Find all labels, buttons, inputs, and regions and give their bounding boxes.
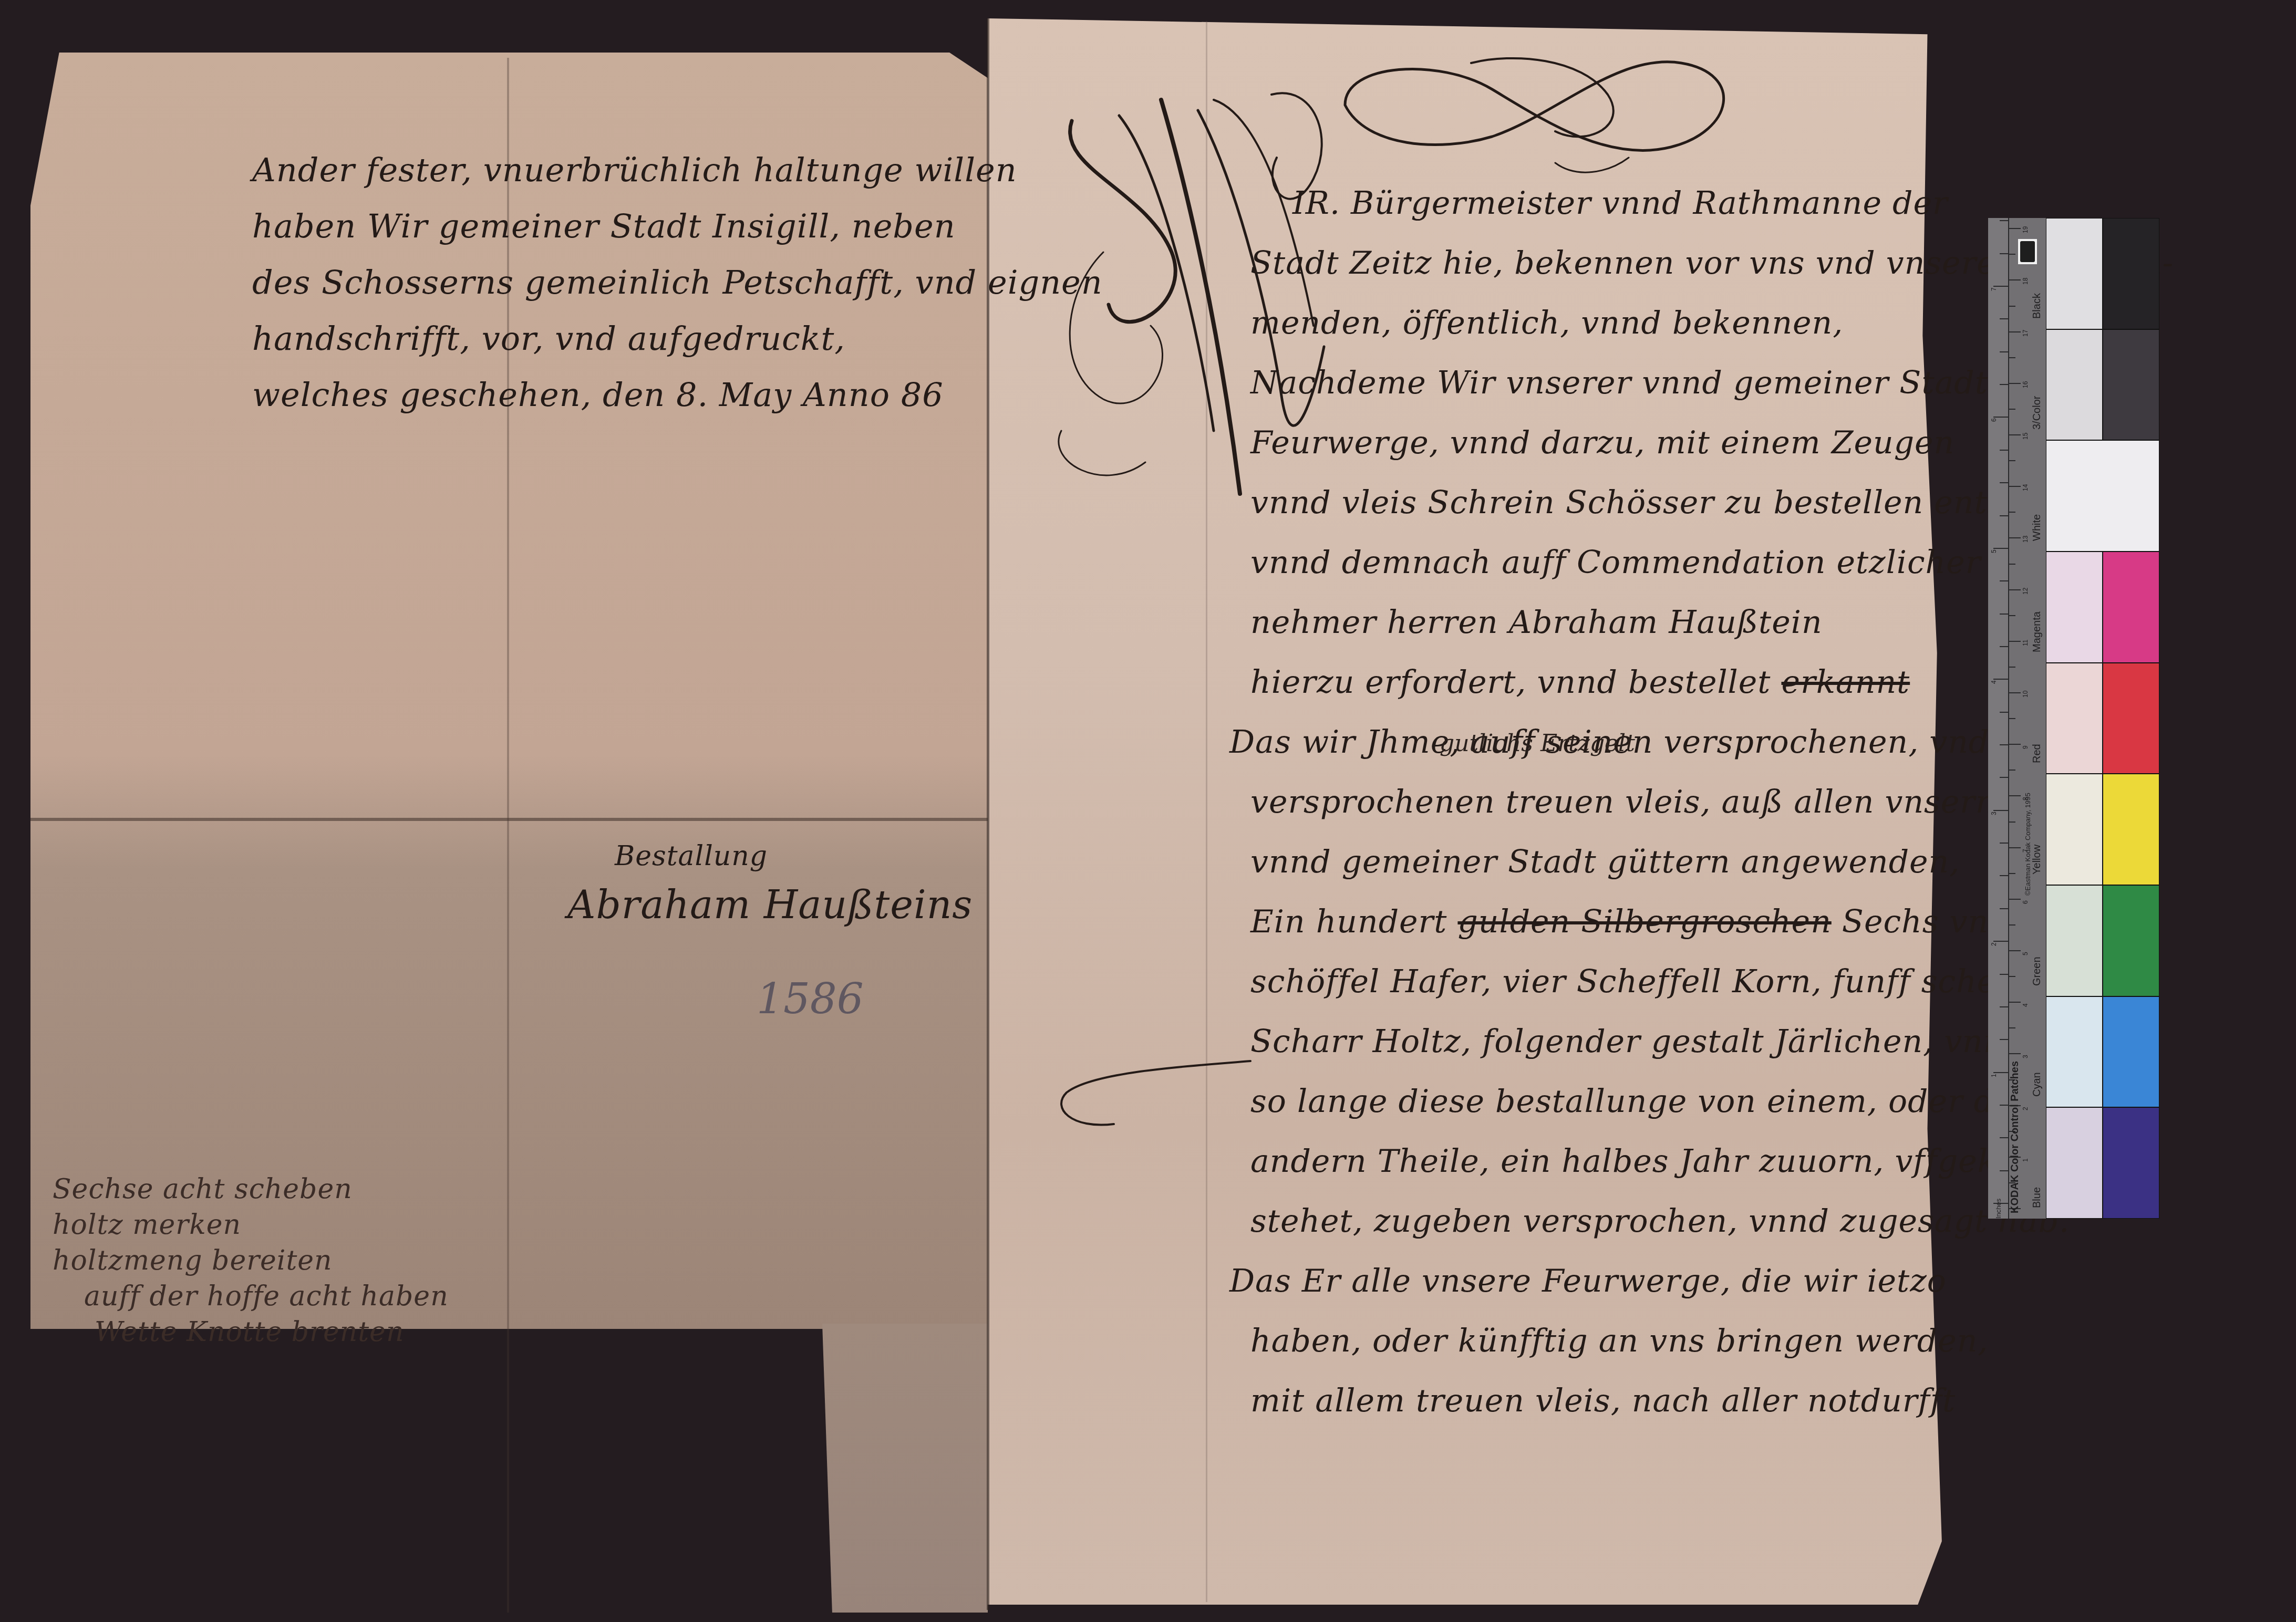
cm-number: 9: [2022, 746, 2029, 750]
flourish-underline-icon: [1051, 1051, 1261, 1135]
ruler-tick: [2009, 228, 2021, 229]
cm-number: 13: [2022, 536, 2029, 543]
ruler-panel: 123456789101112131415161718191234567 KOD…: [1988, 218, 2046, 1219]
inch-number: 1: [1990, 1074, 1998, 1077]
ruler-tick: [2009, 950, 2021, 951]
endorsement-title: Bestallung: [615, 840, 768, 872]
ruler-tick: [2000, 450, 2008, 451]
note-line: holtz merken: [53, 1207, 449, 1243]
ruler-tick: [1993, 286, 2008, 287]
kodak-color-control-strip: 123456789101112131415161718191234567 KOD…: [1988, 218, 2159, 1219]
cm-number: 10: [2022, 691, 2029, 698]
cm-number: 6: [2022, 900, 2029, 904]
ruler-tick: [2009, 924, 2015, 926]
cm-number: 19: [2022, 226, 2029, 233]
ruler-tick: [2000, 318, 2008, 319]
inch-number: 5: [1990, 549, 1998, 553]
text-line: haben Wir gemeiner Stadt Insigill, neben: [252, 198, 1103, 254]
ruler-tick: [2009, 512, 2015, 513]
note-line: Sechse acht scheben: [53, 1171, 449, 1207]
text-line: Das Er alle vnsere Feurwerge, die wir ie…: [1229, 1251, 2174, 1311]
ruler-tick: [2009, 564, 2015, 565]
ruler-tick: [1993, 941, 2008, 942]
cm-number: 4: [2022, 1004, 2029, 1007]
patch-dark-cyan: [2103, 996, 2159, 1108]
patch-dark-black: [2103, 218, 2159, 329]
patch-label: Yellow: [2031, 845, 2043, 875]
ruler-tick: [2000, 875, 2008, 876]
ruler-tick: [2009, 1002, 2021, 1003]
ruler-tick: [2000, 744, 2008, 745]
cm-number: 11: [2022, 639, 2029, 646]
ruler-tick: [2009, 822, 2015, 823]
patch-light-white: [2046, 440, 2159, 552]
inch-number: 2: [1990, 942, 1998, 946]
patch-dark-green: [2103, 885, 2159, 996]
patch-light-red: [2046, 663, 2103, 774]
ruler-tick: [2000, 515, 2008, 516]
text-line: welches geschehen, den 8. May Anno 86: [252, 367, 1103, 423]
ruler-tick: [2009, 873, 2015, 874]
ruler-tick: [2009, 795, 2021, 796]
ruler-tick: [2009, 667, 2015, 668]
left-page-text: Ander fester, vnuerbrüchlich haltunge wi…: [252, 142, 1103, 423]
cm-number: 14: [2022, 484, 2029, 491]
cm-number: 16: [2022, 381, 2029, 388]
ruler-tick: [2009, 306, 2015, 307]
patch-label: White: [2031, 514, 2043, 541]
ruler-tick: [2009, 434, 2021, 435]
patch-dark-yellow: [2103, 774, 2159, 885]
inch-number: 3: [1990, 812, 1998, 815]
patch-light-yellow: [2046, 774, 2103, 885]
text-line: haben, oder künfftig an vns bringen werd…: [1250, 1311, 2174, 1371]
cm-number: 5: [2022, 952, 2029, 955]
inch-ruler: [1988, 218, 2009, 1219]
ruler-tick: [2009, 254, 2015, 255]
ruler-tick: [2009, 357, 2015, 358]
ruler-tick: [2009, 589, 2021, 590]
endorsement-year: 1586: [757, 974, 864, 1023]
patch-label: 3/Color: [2031, 396, 2043, 430]
ruler-tick: [2009, 1053, 2021, 1054]
interlinear-insertion: gutlichs Ertzgelt: [1440, 730, 1635, 757]
inch-number: 6: [1990, 419, 1998, 422]
marginal-notes: Sechse acht scheben holtz merken holtzme…: [53, 1171, 449, 1350]
ruler-tick: [2000, 580, 2008, 581]
patch-light-green: [2046, 885, 2103, 996]
patch-light-cyan: [2046, 996, 2103, 1108]
ruler-tick: [2009, 641, 2021, 642]
patch-label: Green: [2031, 956, 2043, 986]
text-line: des Schosserns gemeinlich Petschafft, vn…: [252, 254, 1103, 310]
patch-label: Magenta: [2031, 611, 2043, 652]
flourish-ornament-icon: [1335, 42, 1765, 179]
inch-number: 4: [1990, 681, 1998, 684]
patch-light-blue: [2046, 1107, 2103, 1219]
kodak-logo-icon: [2018, 239, 2037, 264]
ruler-tick: [2009, 899, 2021, 900]
ruler-tick: [2000, 1137, 2008, 1138]
ruler-tick: [2009, 615, 2015, 616]
ruler-tick: [2000, 974, 2008, 975]
ruler-tick: [2009, 460, 2015, 461]
text-line: handschrifft, vor, vnd aufgedruckt,: [252, 310, 1103, 367]
struck-words: gulden Silbergroschen: [1457, 903, 1831, 940]
cm-number: 1: [2022, 1158, 2029, 1162]
ruler-tick: [1993, 548, 2008, 549]
ruler-tick: [2000, 1170, 2008, 1171]
ruler-tick: [1993, 1072, 2008, 1073]
patch-dark-blue: [2103, 1107, 2159, 1219]
cm-number: 12: [2022, 587, 2029, 594]
patch-light-3-color: [2046, 329, 2103, 441]
ruler-tick: [2000, 908, 2008, 909]
ruler-tick: [2009, 383, 2021, 384]
cm-number: 17: [2022, 329, 2029, 336]
left-page-lower-tab: [822, 1324, 988, 1613]
ruler-tick: [2000, 614, 2008, 615]
note-line: auff der hoffe acht haben: [53, 1278, 449, 1314]
inch-number: 7: [1990, 287, 1998, 291]
patch-light-magenta: [2046, 552, 2103, 663]
ruler-tick: [2000, 482, 2008, 483]
cm-number: 2: [2022, 1107, 2029, 1110]
ruler-tick: [2009, 1027, 2015, 1028]
note-line: holtzmeng bereiten: [53, 1243, 449, 1278]
cm-number: 15: [2022, 433, 2029, 440]
cm-number: 18: [2022, 278, 2029, 285]
ruler-tick: [2009, 770, 2015, 771]
ruler-tick: [2009, 976, 2015, 977]
ruler-tick: [2000, 777, 2008, 778]
text-line: mit allem treuen vleis, nach aller notdu…: [1250, 1371, 2174, 1431]
inches-label: Inches: [1994, 1199, 2002, 1219]
ruler-tick: [2009, 537, 2021, 538]
note-line: Wette Knotte brenten: [53, 1314, 449, 1350]
patch-dark-red: [2103, 663, 2159, 774]
ruler-tick: [1993, 810, 2008, 811]
ruler-tick: [2000, 843, 2008, 844]
ruler-tick: [2000, 712, 2008, 713]
ruler-tick: [2000, 384, 2008, 385]
patch-label: Blue: [2031, 1187, 2043, 1208]
patch-label: Black: [2031, 293, 2043, 319]
copyright-label: ©Eastman Kodak Company, 1995: [2024, 793, 2032, 896]
patch-dark-3-color: [2103, 329, 2159, 441]
ruler-tick: [2000, 646, 2008, 647]
ruler-tick: [2009, 486, 2021, 487]
ruler-tick: [2009, 331, 2021, 332]
ruler-tick: [2000, 351, 2008, 352]
ruler-tick: [2009, 718, 2015, 719]
ruler-tick: [2009, 409, 2015, 410]
text-line: Ander fester, vnuerbrüchlich haltunge wi…: [252, 142, 1103, 198]
horizontal-fold-line: [30, 818, 988, 821]
ruler-tick: [2000, 1039, 2008, 1040]
ruler-tick: [2009, 744, 2021, 745]
ruler-tick: [2000, 220, 2008, 221]
patch-light-black: [2046, 218, 2103, 329]
ruler-tick: [2000, 1105, 2008, 1106]
ruler-tick: [2009, 692, 2021, 693]
patch-label: Cyan: [2031, 1073, 2043, 1097]
cm-number: 3: [2022, 1055, 2029, 1059]
ruler-tick: [2009, 847, 2021, 848]
endorsement-name: Abraham Haußteins: [567, 882, 973, 928]
ruler-tick: [2000, 1006, 2008, 1007]
ruler-tick: [2000, 253, 2008, 254]
ruler-tick: [2009, 279, 2021, 280]
patch-label: Red: [2031, 744, 2043, 764]
patch-dark-magenta: [2103, 552, 2159, 663]
struck-word: erkannt: [1781, 664, 1910, 701]
